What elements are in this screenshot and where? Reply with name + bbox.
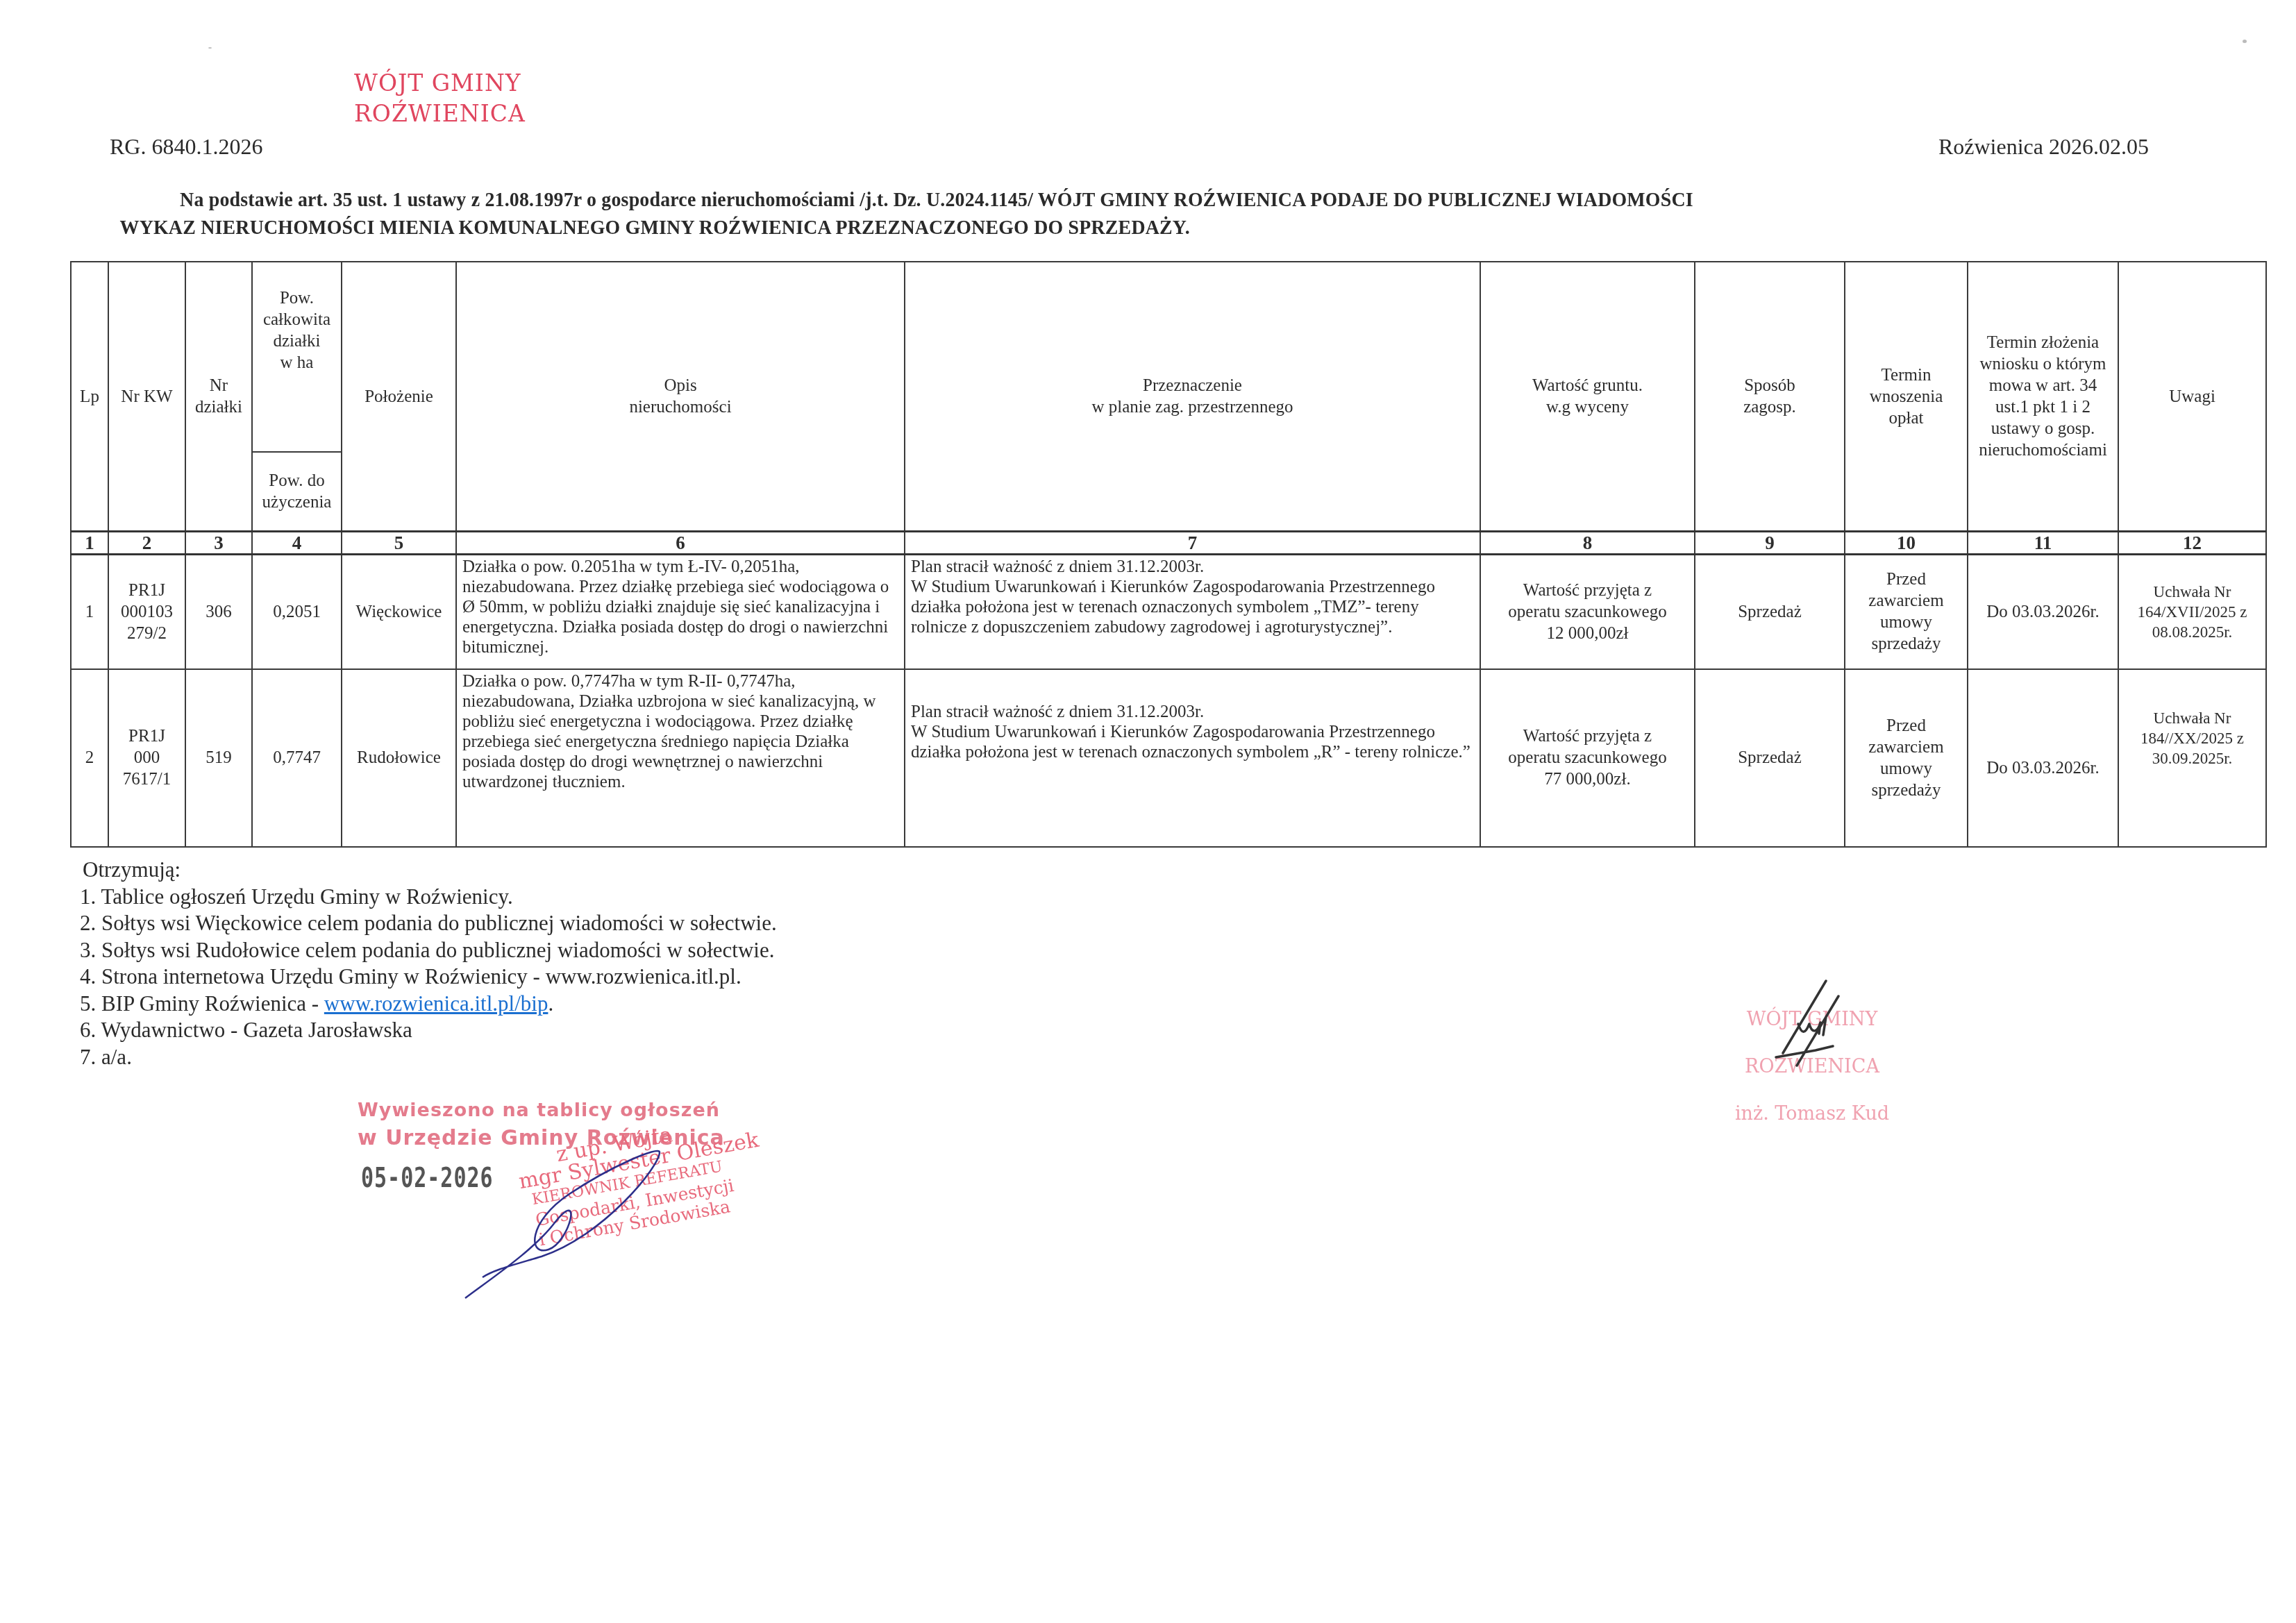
recipients-list: Otrzymują: 1. Tablice ogłoszeń Urzędu Gm… xyxy=(80,857,777,1070)
table-row: 2 PR1J0007617/1 519 0,7747 Rudołowice Dz… xyxy=(71,669,2266,847)
column-number: 3 xyxy=(185,532,252,555)
column-number: 9 xyxy=(1695,532,1845,555)
intro-line1: Na podstawie art. 35 ust. 1 ustawy z 21.… xyxy=(125,186,1693,214)
notice-intro: Na podstawie art. 35 ust. 1 ustawy z 21.… xyxy=(125,186,1693,242)
cell-wartosc: Wartość przyjęta zoperatu szacunkowego12… xyxy=(1480,555,1695,669)
header-uwagi: Uwagi xyxy=(2118,262,2266,532)
cell-powierzchnia: 0,7747 xyxy=(252,669,342,847)
recipient-item: 4. Strona internetowa Urzędu Gminy w Roź… xyxy=(80,964,777,991)
cell-lp: 2 xyxy=(71,669,108,847)
column-number: 8 xyxy=(1480,532,1695,555)
cell-termin-oplat: Przedzawarciemumowysprzedaży xyxy=(1845,555,1968,669)
cell-termin-wniosku: Do 03.03.2026r. xyxy=(1968,555,2118,669)
official-signature-icon xyxy=(451,1138,673,1312)
cell-uwagi: Uchwała Nr184//XX/2025 z30.09.2025r. xyxy=(2118,669,2266,847)
cell-nr-kw: PR1J0007617/1 xyxy=(108,669,185,847)
header-opis: Opisnieruchomości xyxy=(456,262,905,532)
cell-wartosc: Wartość przyjęta zoperatu szacunkowego77… xyxy=(1480,669,1695,847)
column-number: 5 xyxy=(342,532,456,555)
column-numbers-row: 1 2 3 4 5 6 7 8 9 10 11 12 xyxy=(71,532,2266,555)
column-number: 10 xyxy=(1845,532,1968,555)
header-przeznaczenie: Przeznaczeniew planie zag. przestrzenneg… xyxy=(905,262,1480,532)
column-number: 2 xyxy=(108,532,185,555)
recipient-item: 7. a/a. xyxy=(80,1044,777,1071)
header-nr-dzialki: Nrdziałki xyxy=(185,262,252,532)
mayor-stamp-line2: inż. Tomasz Kud xyxy=(1680,1091,1944,1138)
column-number: 1 xyxy=(71,532,108,555)
column-number: 11 xyxy=(1968,532,2118,555)
recipient-item: 1. Tablice ogłoszeń Urzędu Gminy w Roźwi… xyxy=(80,884,777,911)
header-sposob: Sposóbzagosp. xyxy=(1695,262,1845,532)
intro-line2: WYKAZ NIERUCHOMOŚCI MIENIA KOMUNALNEGO G… xyxy=(120,214,1693,242)
place-date: Roźwienica 2026.02.05 xyxy=(1938,134,2149,160)
mayor-signature-icon xyxy=(1763,975,1861,1073)
scan-speck xyxy=(208,47,212,49)
cell-przeznaczenie: Plan stracił ważność z dniem 31.12.2003r… xyxy=(905,669,1480,847)
table-header-row: Lp Nr KW Nrdziałki Pow.całkowitadziałkiw… xyxy=(71,262,2266,452)
column-number: 6 xyxy=(456,532,905,555)
cell-nr-kw: PR1J000103279/2 xyxy=(108,555,185,669)
cell-uwagi: Uchwała Nr164/XVII/2025 z08.08.2025r. xyxy=(2118,555,2266,669)
header-stamp-line1: WÓJT GMINY xyxy=(354,68,526,99)
header-stamp-line2: ROŹWIENICA xyxy=(354,99,526,129)
scan-speck xyxy=(2243,40,2247,43)
recipients-title: Otrzymują: xyxy=(80,857,777,884)
header-pow-uzyczenia: Pow. doużyczenia xyxy=(252,452,342,532)
reference-number: RG. 6840.1.2026 xyxy=(110,134,262,160)
recipient-item: 5. BIP Gminy Roźwienica - www.rozwienica… xyxy=(80,991,777,1018)
cell-sposob: Sprzedaż xyxy=(1695,669,1845,847)
cell-nr-dzialki: 519 xyxy=(185,669,252,847)
bip-link[interactable]: www.rozwienica.itl.pl/bip xyxy=(324,991,548,1016)
header-wartosc: Wartość gruntu.w.g wyceny xyxy=(1480,262,1695,532)
recipient-item: 3. Sołtys wsi Rudołowice celem podania d… xyxy=(80,937,777,964)
recipient-item: 2. Sołtys wsi Więckowice celem podania d… xyxy=(80,910,777,937)
column-number: 7 xyxy=(905,532,1480,555)
cell-przeznaczenie: Plan stracił ważność z dniem 31.12.2003r… xyxy=(905,555,1480,669)
table-row: 1 PR1J000103279/2 306 0,2051 Więckowice … xyxy=(71,555,2266,669)
cell-polozenie: Rudołowice xyxy=(342,669,456,847)
cell-polozenie: Więckowice xyxy=(342,555,456,669)
cell-opis: Działka o pow. 0,7747ha w tym R-II- 0,77… xyxy=(456,669,905,847)
property-list-table: Lp Nr KW Nrdziałki Pow.całkowitadziałkiw… xyxy=(70,261,2267,848)
cell-sposob: Sprzedaż xyxy=(1695,555,1845,669)
header-nr-kw: Nr KW xyxy=(108,262,185,532)
cell-termin-oplat: Przedzawarciemumowysprzedaży xyxy=(1845,669,1968,847)
header-lp: Lp xyxy=(71,262,108,532)
header-polozenie: Położenie xyxy=(342,262,456,532)
column-number: 12 xyxy=(2118,532,2266,555)
recipient-item: 6. Wydawnictwo - Gazeta Jarosławska xyxy=(80,1017,777,1044)
cell-lp: 1 xyxy=(71,555,108,669)
cell-opis: Działka o pow. 0.2051ha w tym Ł-IV- 0,20… xyxy=(456,555,905,669)
header-pow-calkowita: Pow.całkowitadziałkiw ha xyxy=(252,262,342,452)
mayor-header-stamp: WÓJT GMINY ROŹWIENICA xyxy=(354,68,526,129)
cell-termin-wniosku: Do 03.03.2026r. xyxy=(1968,669,2118,847)
cell-powierzchnia: 0,2051 xyxy=(252,555,342,669)
header-termin-oplat: Terminwnoszeniaopłat xyxy=(1845,262,1968,532)
cell-nr-dzialki: 306 xyxy=(185,555,252,669)
header-termin-wniosku: Termin złożeniawniosku o którymmowa w ar… xyxy=(1968,262,2118,532)
posted-stamp-line1: Wywieszono na tablicy ogłoszeń xyxy=(358,1097,725,1125)
column-number: 4 xyxy=(252,532,342,555)
